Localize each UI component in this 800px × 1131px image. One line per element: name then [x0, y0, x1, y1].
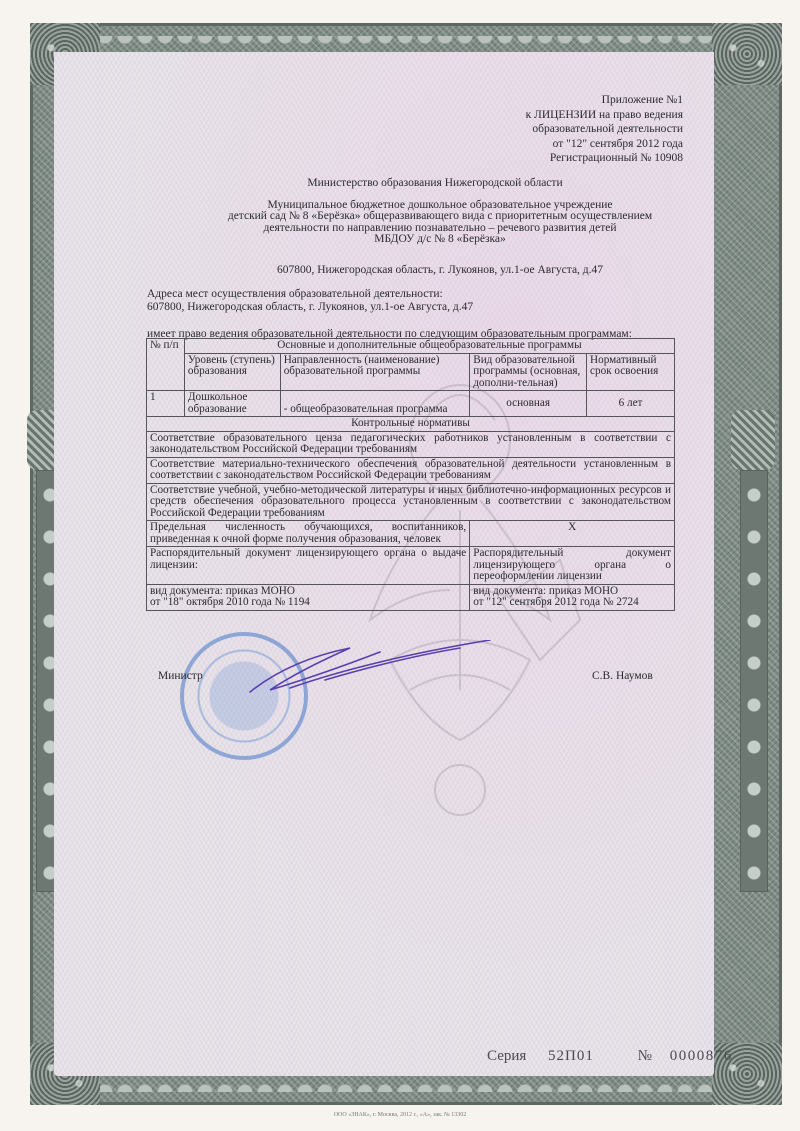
- blank-number: 0000876: [670, 1048, 733, 1065]
- issue-doc-date: от "18" октября 2010 года № 1194: [150, 597, 466, 609]
- signatory-title: Министр: [158, 669, 203, 683]
- appendix-header: Приложение №1 к ЛИЦЕНЗИИ на право ведени…: [470, 93, 683, 166]
- series-value: 52П01: [548, 1048, 594, 1065]
- activity-places-label: Адреса мест осуществления образовательно…: [147, 288, 473, 301]
- row-direction: - общеобразовательная программа: [280, 391, 470, 417]
- organization-short-name: МБДОУ д/с № 8 «Берёзка»: [150, 234, 730, 245]
- row-level: Дошкольное образование: [184, 391, 280, 417]
- issue-order: вид документа: приказ МОНО от "18" октяб…: [147, 584, 470, 610]
- limit-value: Х: [470, 521, 675, 547]
- table-row: 1 Дошкольное образование - общеобразоват…: [147, 391, 675, 417]
- border-scallop-top: [95, 36, 715, 52]
- header-kind: Вид образовательной программы (основная,…: [470, 353, 587, 391]
- organization-line: детский сад № 8 «Берёзка» общеразвивающе…: [150, 211, 730, 222]
- row-term: 6 лет: [587, 391, 675, 417]
- appendix-line: Приложение №1: [470, 93, 683, 108]
- col-num-header: № п/п: [147, 339, 185, 391]
- border-scallop-bottom: [95, 1076, 715, 1092]
- signatory-name: С.В. Наумов: [592, 669, 653, 683]
- organization-address: 607800, Нижегородская область, г. Лукоян…: [150, 263, 730, 277]
- star-column-ornament-icon: [740, 470, 768, 892]
- organization-name: Муниципальное бюджетное дошкольное образ…: [150, 200, 730, 245]
- header-level: Уровень (ступень) образования: [184, 353, 280, 391]
- header-term: Нормативный срок освоения: [587, 353, 675, 391]
- appendix-line: Регистрационный № 10908: [470, 151, 683, 166]
- corner-ornament-icon: [712, 23, 782, 85]
- programs-table: № п/п Основные и дополнительные общеобра…: [146, 338, 675, 611]
- control-item: Соответствие учебной, учебно-методическо…: [147, 483, 675, 521]
- knot-ornament-icon: [731, 410, 775, 470]
- appendix-line: от "12" сентября 2012 года: [470, 137, 683, 152]
- header-direction: Направленность (наименование) образовате…: [280, 353, 470, 391]
- reissue-order-header: Распорядительный документ лицензирующего…: [470, 547, 675, 585]
- handwritten-signature-icon: [230, 640, 500, 700]
- blank-series: Серия 52П01 № 0000876: [487, 1048, 733, 1065]
- printer-imprint: ООО «ЗНАК», г. Москва, 2012 г., «А», зак…: [0, 1112, 800, 1118]
- limit-label: Предельная численность обучающихся, восп…: [147, 521, 470, 547]
- activity-places: Адреса мест осуществления образовательно…: [147, 288, 473, 314]
- control-item: Соответствие материально-технического об…: [147, 457, 675, 483]
- control-header: Контрольные нормативы: [147, 417, 675, 432]
- group-header: Основные и дополнительные общеобразовате…: [184, 339, 674, 354]
- control-item: Соответствие образовательного ценза педа…: [147, 431, 675, 457]
- ministry-name: Министерство образования Нижегородской о…: [160, 176, 710, 190]
- series-label: Серия: [487, 1048, 526, 1065]
- row-num: 1: [147, 391, 185, 417]
- number-label: №: [638, 1048, 652, 1065]
- issue-order-header: Распорядительный документ лицензирующего…: [147, 547, 470, 585]
- reissue-doc-date: от "12" сентября 2012 года № 2724: [473, 597, 671, 609]
- activity-places-address: 607800, Нижегородская область, г. Лукоян…: [147, 301, 473, 314]
- reissue-order: вид документа: приказ МОНО от "12" сентя…: [470, 584, 675, 610]
- row-kind: основная: [470, 391, 587, 417]
- appendix-line: образовательной деятельности: [470, 122, 683, 137]
- appendix-line: к ЛИЦЕНЗИИ на право ведения: [470, 108, 683, 123]
